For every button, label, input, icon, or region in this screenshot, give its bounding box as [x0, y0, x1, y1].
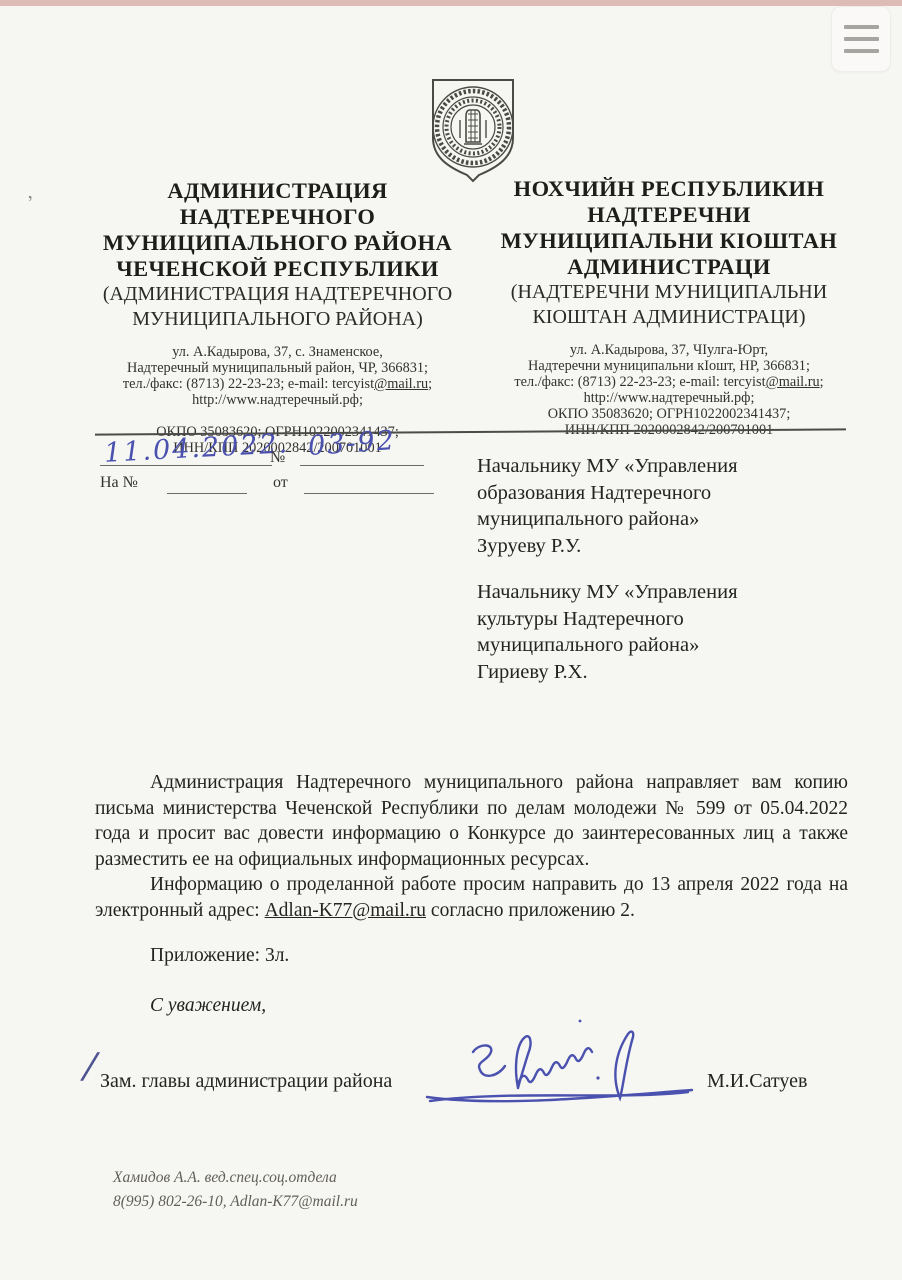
- signer-name: М.И.Сатуев: [707, 1070, 807, 1093]
- pen-slash-mark: /: [83, 1046, 98, 1088]
- executor-info: Хамидов А.А. вед.спец.соц.отдела 8(995) …: [113, 1166, 358, 1214]
- executor-name: Хамидов А.А. вед.спец.соц.отдела: [113, 1166, 358, 1190]
- reply-from-label: от: [273, 474, 288, 492]
- addressee-culture: Начальнику МУ «Управления культуры Надте…: [477, 579, 857, 685]
- signer-position: Зам. главы администрации района: [100, 1070, 392, 1093]
- attachment-note: Приложение: 3л.: [95, 943, 848, 969]
- org-title-ru: АДМИНИСТРАЦИЯ: [95, 178, 460, 204]
- body-paragraph-1: Администрация Надтеречного муниципальног…: [95, 770, 848, 872]
- body-paragraph-2: Информацию о проделанной работе просим н…: [95, 872, 848, 923]
- margin-tick-mark: ’: [26, 192, 37, 216]
- executor-contacts: 8(995) 802-26-10, Adlan-K77@mail.ru: [113, 1190, 358, 1214]
- number-underline: [300, 465, 424, 466]
- addressee-education: Начальнику МУ «Управления образования На…: [477, 453, 857, 559]
- email-text: Adlan-K77@mail.ru: [265, 900, 426, 921]
- top-accent-strip: [0, 0, 902, 6]
- letterhead-left: АДМИНИСТРАЦИЯ НАДТЕРЕЧНОГО МУНИЦИПАЛЬНОГ…: [95, 178, 460, 456]
- handwritten-signature: [420, 1012, 700, 1112]
- letterhead-right: НОХЧИЙН РЕСПУБЛИКИН НАДТЕРЕЧНИ МУНИЦИПАЛ…: [478, 176, 860, 438]
- org-subtitle-ru: (АДМИНИСТРАЦИЯ НАДТЕРЕЧНОГО: [95, 282, 460, 307]
- reply-to-label: На №: [100, 474, 138, 492]
- org-codes-che: ОКПО 35083620; ОГРН1022002341437;: [478, 406, 860, 422]
- org-address-che: ул. А.Кадырова, 37, ЧIулга-Юрт, Надтереч…: [478, 342, 860, 438]
- email-text: @mail.ru: [766, 374, 820, 390]
- number-sign-label: №: [270, 449, 285, 467]
- reply-date-underline: [304, 493, 434, 494]
- handwritten-outgoing-number: 03-92: [307, 425, 397, 462]
- email-text: @mail.ru: [374, 376, 428, 392]
- document-page: АДМИНИСТРАЦИЯ НАДТЕРЕЧНОГО МУНИЦИПАЛЬНОГ…: [0, 0, 902, 1280]
- letter-body: Администрация Надтеречного муниципальног…: [95, 770, 848, 1018]
- date-underline: [100, 465, 272, 466]
- reply-number-underline: [167, 493, 247, 494]
- org-title-che: НОХЧИЙН РЕСПУБЛИКИН: [478, 176, 860, 202]
- website-text: http://www.надтеречный.рф;: [478, 390, 860, 406]
- website-text: http://www.надтеречный.рф;: [95, 392, 460, 408]
- menu-button[interactable]: [831, 6, 891, 72]
- org-subtitle-che: (НАДТЕРЕЧНИ МУНИЦИПАЛЬНИ: [478, 280, 860, 305]
